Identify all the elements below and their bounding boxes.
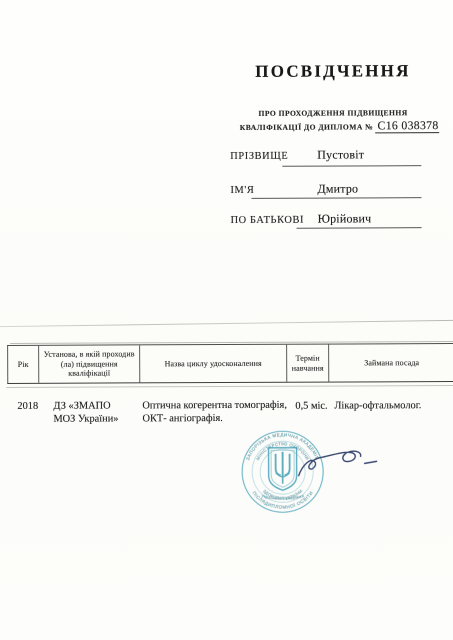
table-header-position: Займана посада <box>328 344 453 382</box>
scanned-content: ПОСВІДЧЕННЯ ПРО ПРОХОДЖЕННЯ ПІДВИЩЕННЯ К… <box>0 0 453 640</box>
cell-cycle: Оптична когерентна томографія, ОКТ- ангі… <box>142 400 287 426</box>
cell-position: Лікар-офтальмолог. <box>334 400 452 413</box>
cell-term: 0,5 міс. <box>295 401 339 414</box>
diploma-number: С16 038378 <box>376 118 440 133</box>
cell-institution: ДЗ «ЗМАПО МОЗ України» <box>53 400 119 426</box>
field-surname-value: Пустовіт <box>317 147 364 162</box>
certificate-page: ПОСВІДЧЕННЯ ПРО ПРОХОДЖЕННЯ ПІДВИЩЕННЯ К… <box>0 0 453 640</box>
subtitle-prefix: КВАЛІФІКАЦІЇ ДО ДИПЛОМА № <box>240 122 373 132</box>
signature-stroke <box>299 451 361 476</box>
field-firstname-value: Дмитро <box>317 181 358 196</box>
table-header-year: Рік <box>8 346 38 383</box>
cell-year: 2018 <box>17 401 49 414</box>
signature <box>289 442 389 484</box>
qualification-table: Рік Установа, в якій проходив (ла) підви… <box>7 343 453 384</box>
field-firstname-label: ІМ'Я <box>230 185 254 196</box>
table-header-institution: Установа, в якій проходив (ла) підвищенн… <box>38 345 139 382</box>
field-patronymic-underline <box>297 227 422 229</box>
table-row: 2018 ДЗ «ЗМАПО МОЗ України» Оптична коге… <box>0 0 452 1</box>
field-firstname-underline <box>251 197 421 199</box>
certificate-title: ПОСВІДЧЕННЯ <box>227 61 439 82</box>
table-header-cycle: Назва циклу удосконалення <box>139 345 286 383</box>
certificate-subtitle-line2: КВАЛІФІКАЦІЇ ДО ДИПЛОМА № С16 038378 <box>227 118 452 134</box>
field-surname-underline <box>282 165 421 167</box>
field-patronymic-label: ПО БАТЬКОВІ <box>231 215 305 226</box>
scan-fold-line <box>0 320 453 327</box>
field-surname-label: ПРІЗВИЩЕ <box>230 151 288 162</box>
signature-dash <box>365 461 377 463</box>
field-patronymic-value: Юрійович <box>318 211 372 226</box>
table-header-term: Термін навчання <box>286 345 328 382</box>
certificate-subtitle-line1: ПРО ПРОХОДЖЕННЯ ПІДВИЩЕННЯ <box>227 108 439 118</box>
